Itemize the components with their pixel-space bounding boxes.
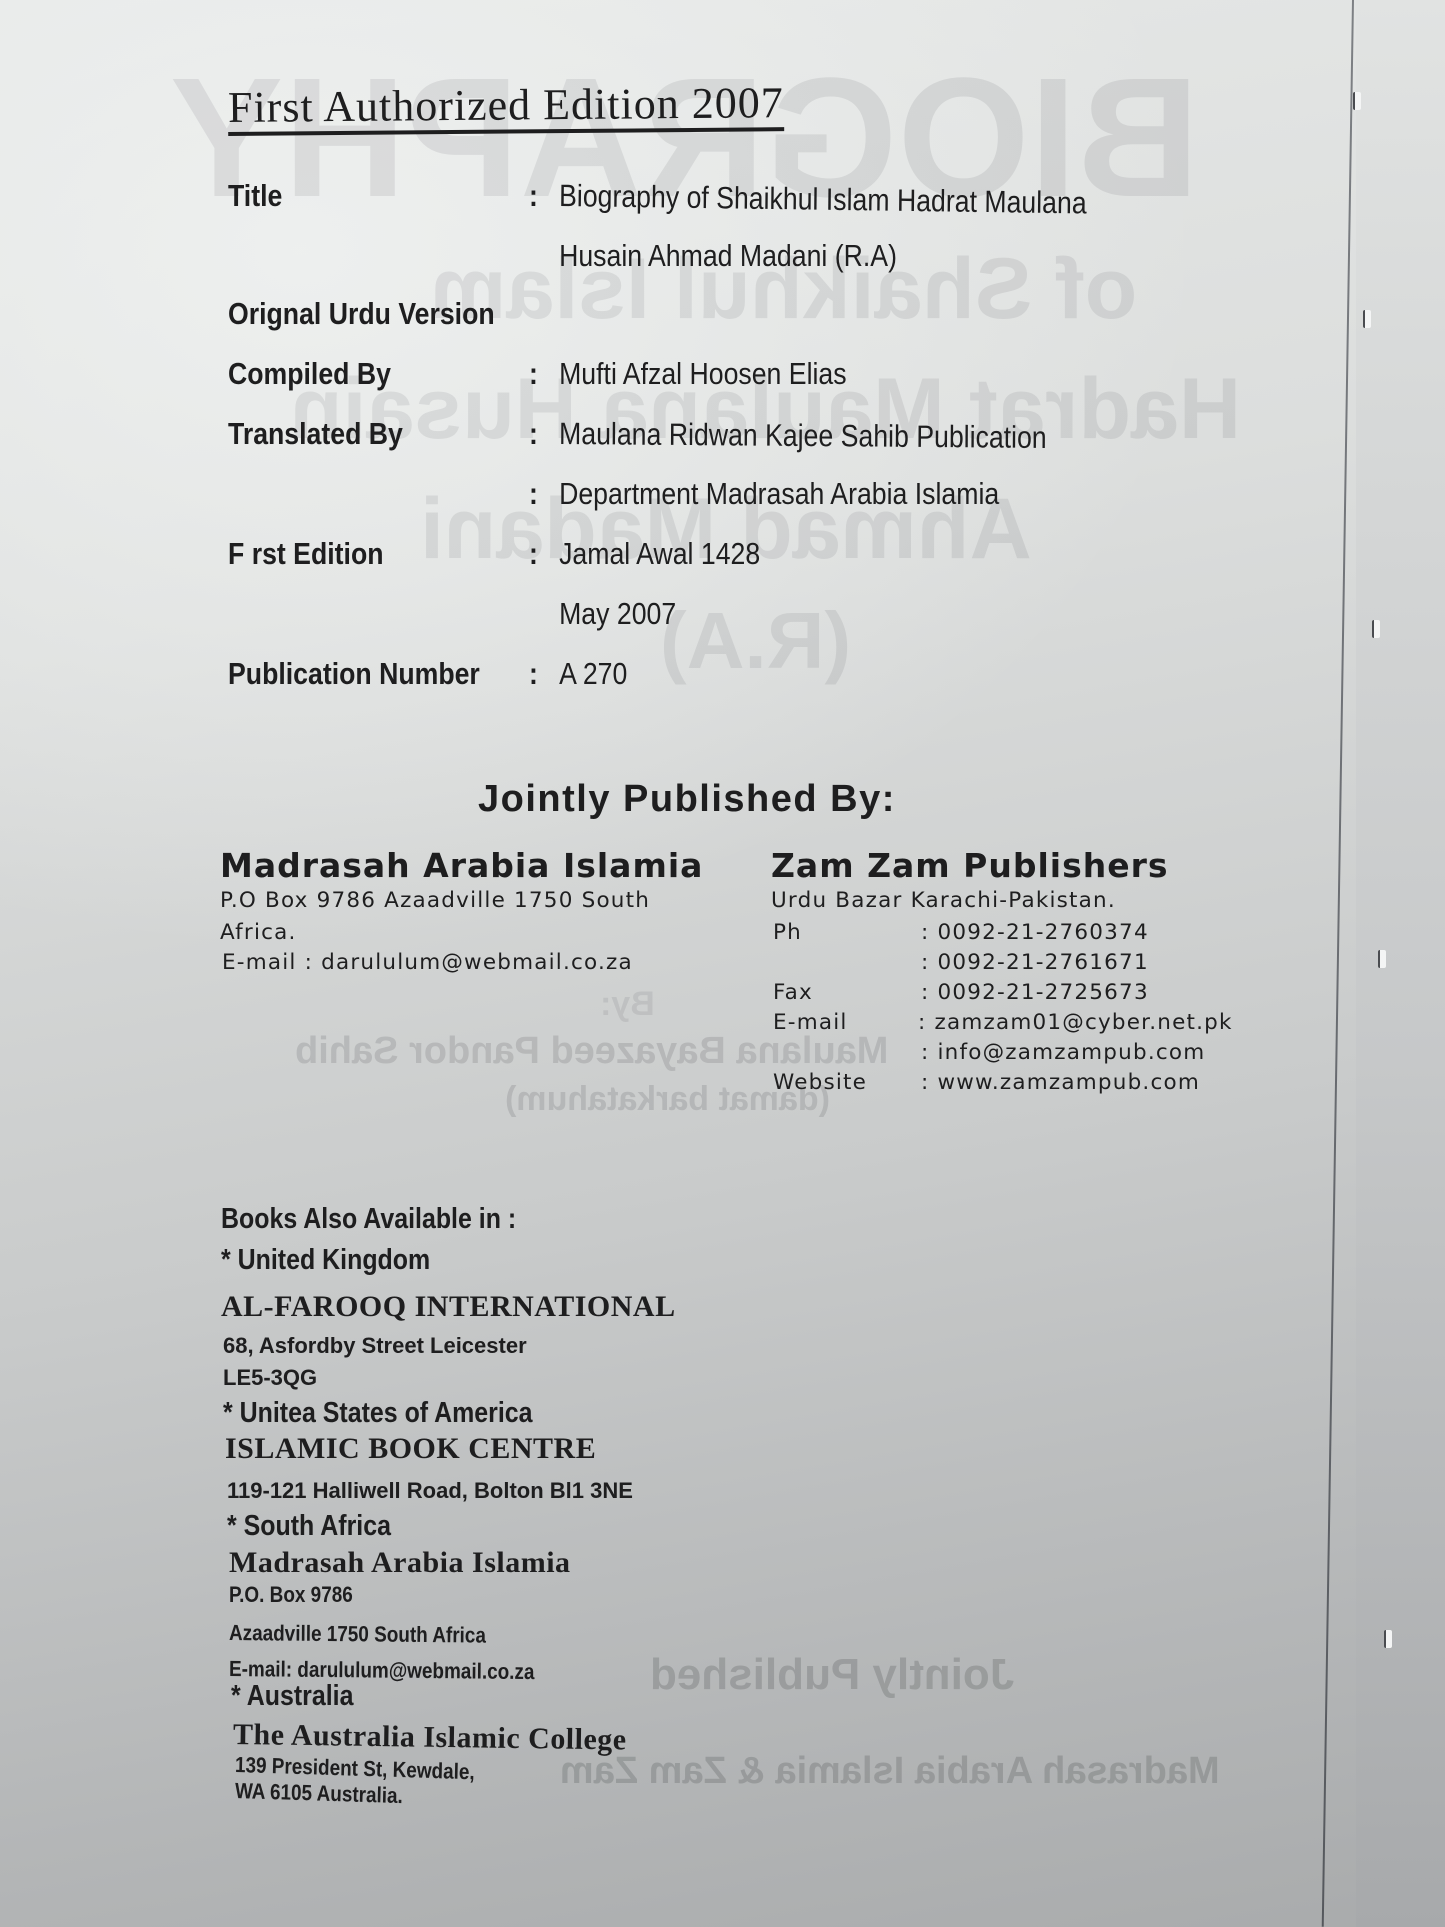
publisher-address: Urdu Bazar Karachi-Pakistan. bbox=[771, 888, 1116, 913]
availability-heading: Books Also Available in : bbox=[221, 1203, 516, 1236]
book-page: BIOGRAPHY of Shaikhul Islam Hadrat Maula… bbox=[0, 0, 1445, 1927]
details-value: Biography of Shaikhul Islam Hadrat Maula… bbox=[559, 178, 1087, 221]
contact-value: : zamzam01@cyber.net.pk bbox=[918, 1010, 1233, 1035]
publisher-name: Zam Zam Publishers bbox=[771, 846, 1169, 885]
details-label: F rst Edition bbox=[228, 536, 384, 572]
details-colon: : bbox=[529, 536, 538, 572]
details-colon: : bbox=[529, 356, 538, 392]
binding-stitch-icon bbox=[1372, 620, 1380, 638]
contact-label: Fax bbox=[773, 980, 813, 1005]
bleed-through-jointly: Jointly Published bbox=[650, 1650, 1014, 1700]
availability-org: ISLAMIC BOOK CENTRE bbox=[225, 1432, 596, 1466]
publisher-name: Madrasah Arabia Islamia bbox=[220, 846, 703, 885]
publisher-email: E-mail : darululum@webmail.co.za bbox=[222, 950, 633, 975]
contact-value: : 0092-21-2761671 bbox=[921, 950, 1149, 975]
availability-address: LE5-3QG bbox=[223, 1365, 317, 1391]
availability-country: * United Kingdom bbox=[221, 1244, 430, 1277]
binding-stitch-icon bbox=[1363, 310, 1371, 328]
binding-stitch-icon bbox=[1384, 1630, 1392, 1648]
bleed-through-cover-line: (R.A) bbox=[660, 595, 851, 687]
contact-row: Ph : 0092-21-2760374 bbox=[773, 920, 1233, 948]
details-colon: : bbox=[529, 416, 538, 452]
details-colon: : bbox=[529, 476, 538, 512]
details-value: Maulana Ridwan Kajee Sahib Publication bbox=[559, 416, 1047, 456]
details-value: May 2007 bbox=[559, 596, 676, 632]
details-value: Department Madrasah Arabia Islamia bbox=[559, 476, 999, 512]
availability-address: WA 6105 Australia. bbox=[235, 1778, 403, 1809]
binding-stitch-icon bbox=[1353, 92, 1361, 110]
contact-row: Fax : 0092-21-2725673 bbox=[773, 980, 1233, 1008]
details-label: Title bbox=[228, 178, 282, 214]
contact-value: : 0092-21-2760374 bbox=[921, 920, 1149, 945]
publisher-address: Africa. bbox=[220, 920, 297, 945]
contact-row: : 0092-21-2761671 bbox=[773, 950, 1233, 978]
availability-org: AL-FAROOQ INTERNATIONAL bbox=[221, 1290, 676, 1324]
availability-address: 119-121 Halliwell Road, Bolton Bl1 3NE bbox=[227, 1478, 633, 1504]
binding-stitch-icon bbox=[1378, 950, 1386, 968]
availability-org: The Australia Islamic College bbox=[233, 1718, 627, 1757]
availability-address: P.O. Box 9786 bbox=[229, 1582, 353, 1608]
details-colon: : bbox=[529, 178, 538, 214]
details-colon: : bbox=[529, 656, 538, 692]
availability-country: * Unitea States of America bbox=[223, 1397, 533, 1430]
publisher-address: P.O Box 9786 Azaadville 1750 South bbox=[220, 888, 650, 913]
details-label: Compiled By bbox=[228, 356, 391, 392]
availability-address: 68, Asfordby Street Leicester bbox=[223, 1333, 527, 1359]
details-label: Publication Number bbox=[228, 656, 480, 692]
contact-value: : info@zamzampub.com bbox=[921, 1040, 1205, 1065]
contact-label: Website bbox=[773, 1070, 867, 1095]
contact-row: E-mail : zamzam01@cyber.net.pk bbox=[773, 1010, 1233, 1038]
details-value: Jamal Awal 1428 bbox=[559, 536, 760, 572]
availability-address: Azaadville 1750 South Africa bbox=[229, 1620, 486, 1649]
contact-label: E-mail bbox=[773, 1010, 848, 1035]
details-value: A 270 bbox=[559, 656, 627, 692]
bleed-through-publishers: Madrasah Arabia Islamia & Zam Zam bbox=[560, 1750, 1220, 1793]
contact-row: : info@zamzampub.com bbox=[773, 1040, 1233, 1068]
contact-value: : www.zamzampub.com bbox=[921, 1070, 1200, 1095]
bleed-through-by: By: bbox=[600, 985, 655, 1024]
jointly-published-heading: Jointly Published By: bbox=[478, 778, 896, 821]
availability-country: * Australia bbox=[231, 1680, 353, 1713]
contact-label: Ph bbox=[773, 920, 802, 945]
contact-row: Website : www.zamzampub.com bbox=[773, 1070, 1233, 1098]
details-label: Translated By bbox=[228, 416, 403, 452]
contact-value: : 0092-21-2725673 bbox=[921, 980, 1149, 1005]
details-value: Husain Ahmad Madani (R.A) bbox=[559, 238, 897, 274]
page-spine-edge bbox=[1356, 0, 1445, 1927]
availability-org: Madrasah Arabia Islamia bbox=[229, 1546, 571, 1580]
availability-country: * South Africa bbox=[227, 1510, 391, 1543]
details-label: Orignal Urdu Version bbox=[228, 296, 495, 332]
details-value: Mufti Afzal Hoosen Elias bbox=[559, 356, 846, 392]
edition-heading: First Authorized Edition 2007 bbox=[228, 79, 784, 136]
